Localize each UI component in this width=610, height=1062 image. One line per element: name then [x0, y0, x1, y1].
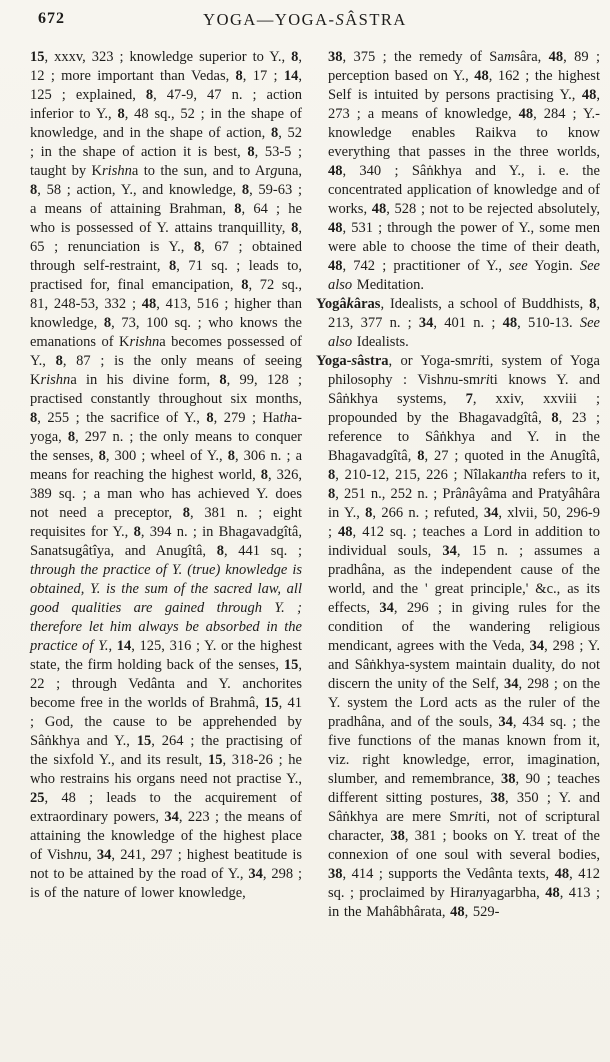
- text-columns: 15, xxxv, 323 ; knowledge superior to Y.…: [0, 40, 610, 922]
- running-title: YOGA—YOGA-SÂSTRA: [0, 10, 610, 30]
- right-column: 38, 375 ; the remedy of Samsâra, 48, 89 …: [316, 48, 600, 922]
- index-entry: Yoga-sâstra, or Yoga-smriti, system of Y…: [316, 352, 600, 922]
- page-number: 672: [38, 10, 65, 28]
- scanned-book-page: 672 YOGA—YOGA-SÂSTRA 15, xxxv, 323 ; kno…: [0, 0, 610, 1062]
- index-entry: Yogâkâras, Idealists, a school of Buddhi…: [316, 295, 600, 352]
- index-entry-continuation: 15, xxxv, 323 ; knowledge superior to Y.…: [18, 48, 302, 903]
- page-header: 672 YOGA—YOGA-SÂSTRA: [0, 0, 610, 40]
- index-entry-continuation: 38, 375 ; the remedy of Samsâra, 48, 89 …: [316, 48, 600, 295]
- left-column: 15, xxxv, 323 ; knowledge superior to Y.…: [18, 48, 302, 922]
